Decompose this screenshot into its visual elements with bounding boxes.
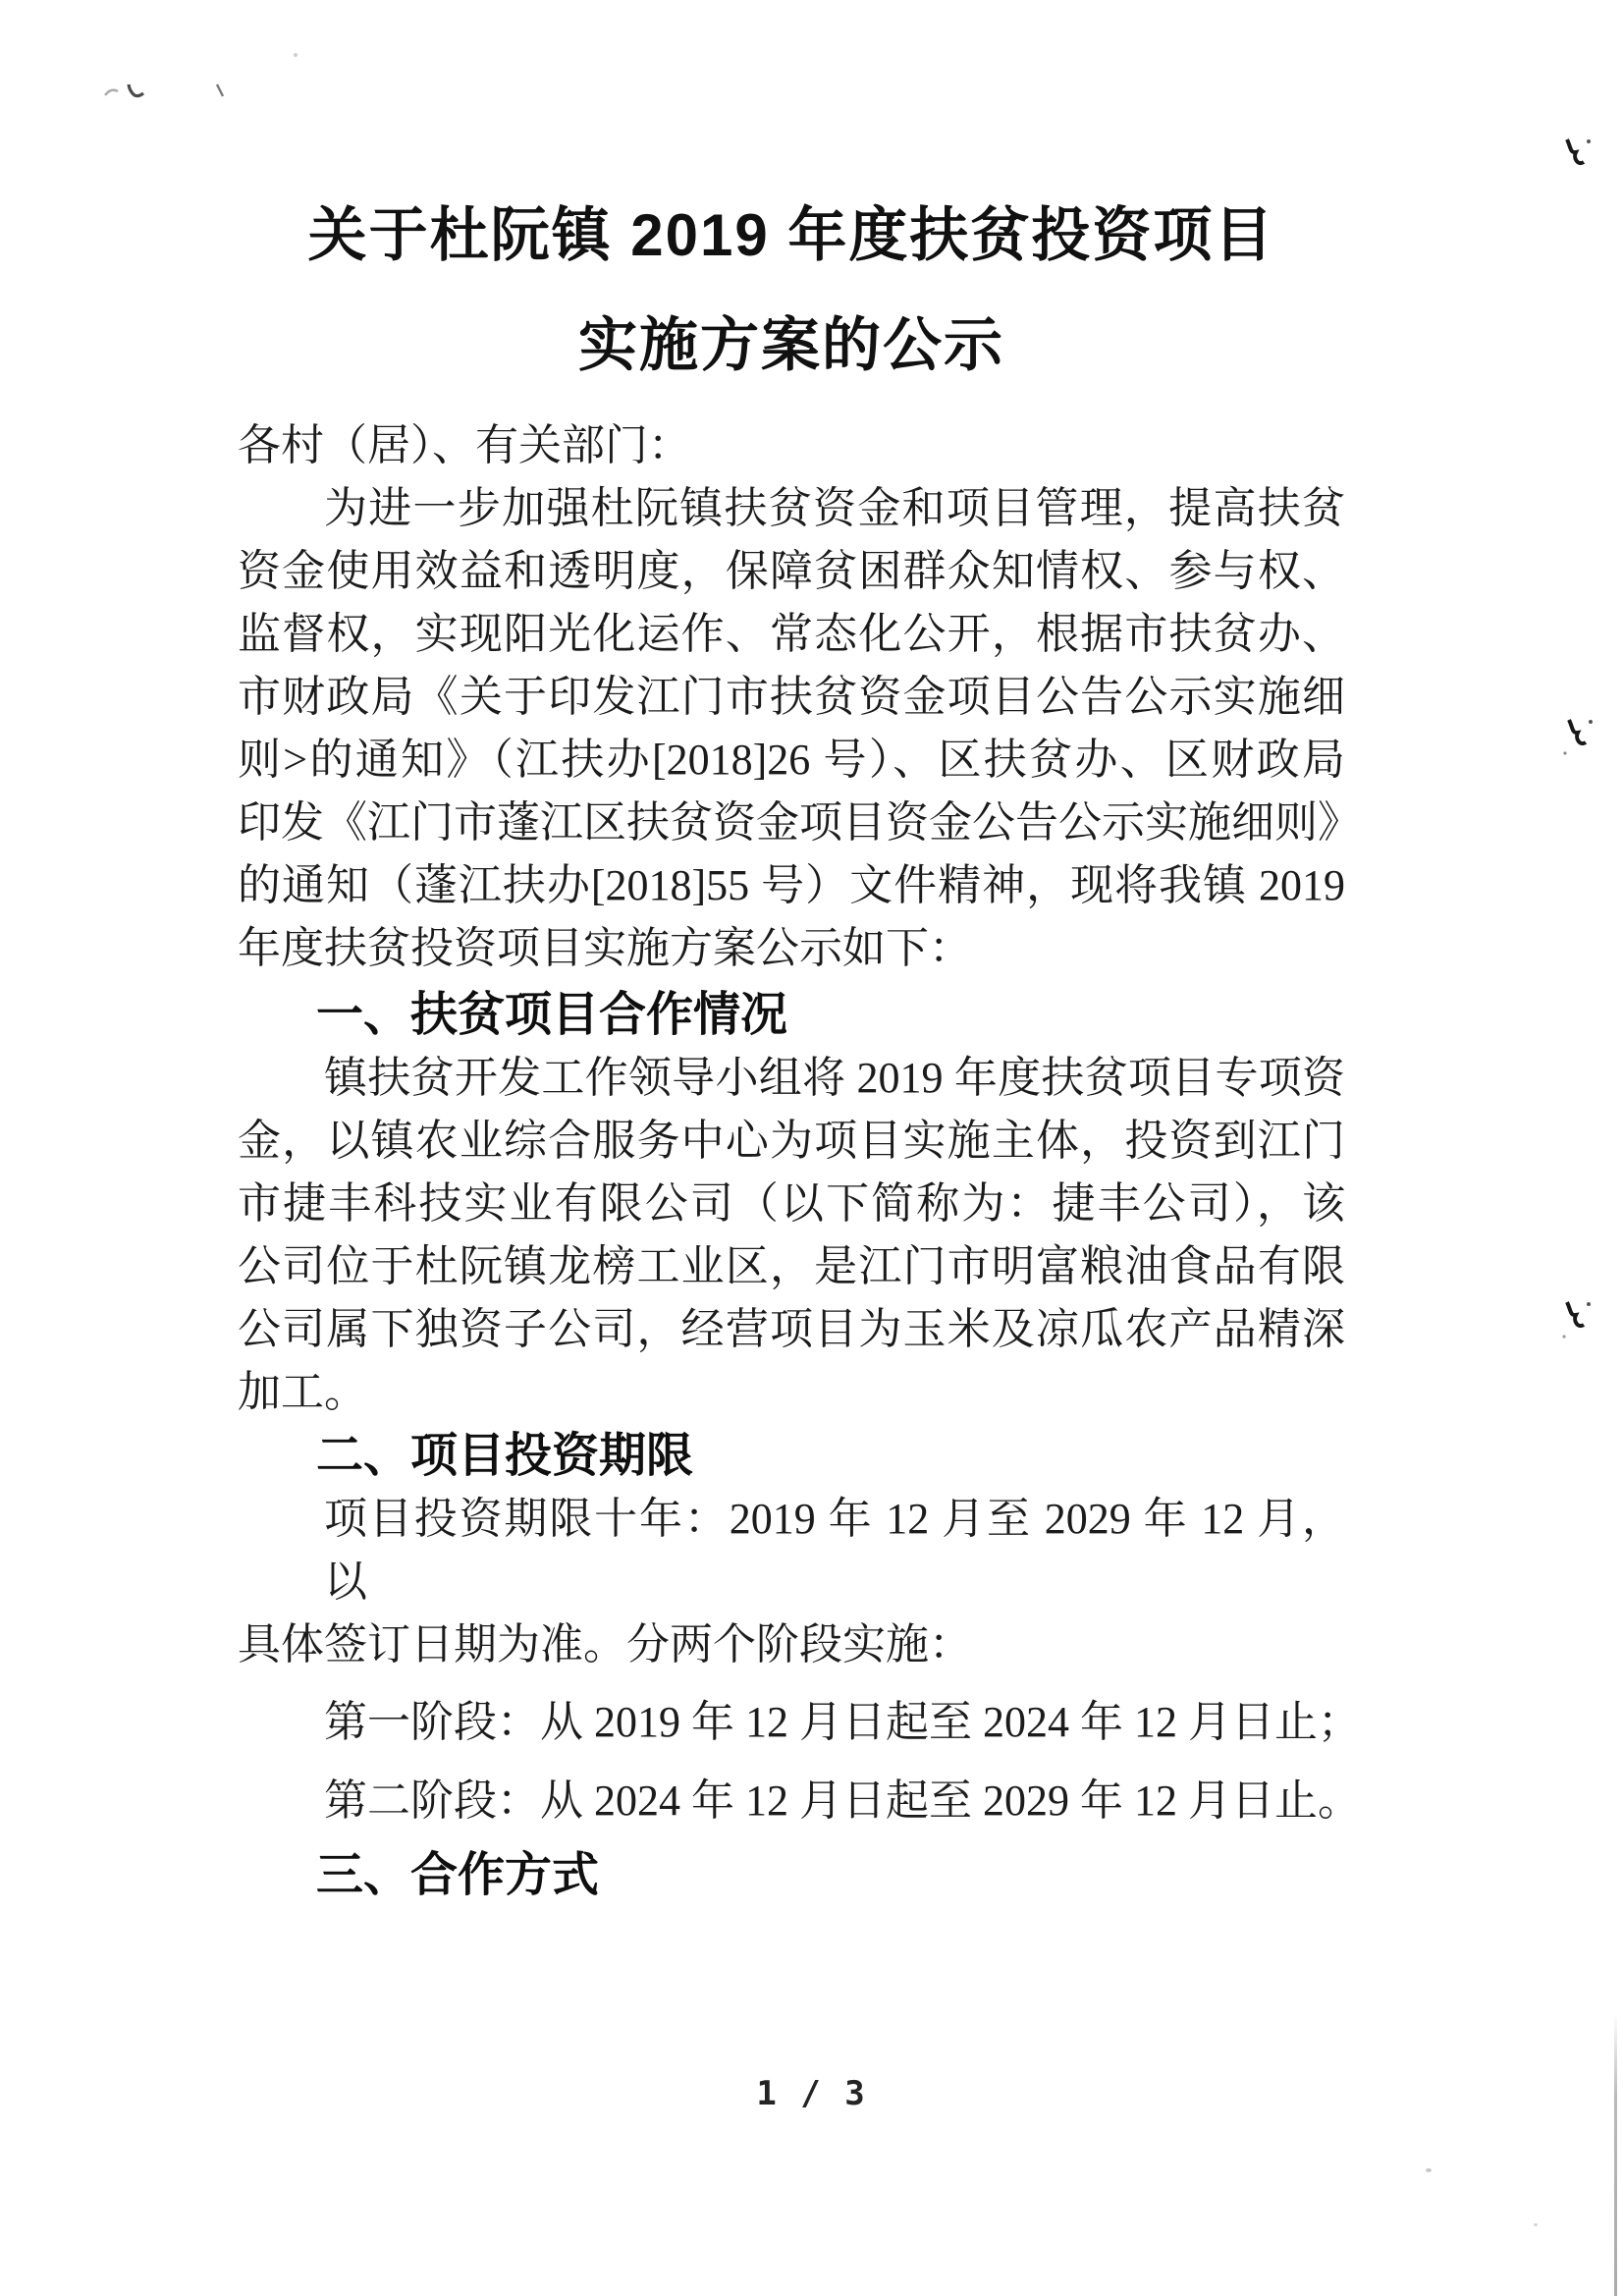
scan-mark-right-1 (1561, 136, 1596, 177)
text-line: 年度扶贫投资项目实施方案公示如下： (238, 917, 1345, 980)
text-line: 项目投资期限十年：2019 年 12 月至 2029 年 12 月，以 (238, 1488, 1345, 1613)
scan-edge-shadow (1614, 2013, 1617, 2296)
page-number: 1 / 3 (0, 2074, 1623, 2113)
section-2-body: 项目投资期限十年：2019 年 12 月至 2029 年 12 月，以 具体签订… (238, 1488, 1345, 1676)
text-line: 则>的通知》（江扶办[2018]26 号）、区扶贫办、区财政局 (238, 729, 1345, 792)
text-line: 公司位于杜阮镇龙榜工业区，是江门市明富粮油食品有限 (238, 1235, 1345, 1298)
section-1-heading: 一、扶贫项目合作情况 (238, 984, 1345, 1047)
text-line: 监督权，实现阳光化运作、常态化公开，根据市扶贫办、 (238, 603, 1345, 666)
text-line: 镇扶贫开发工作领导小组将 2019 年度扶贫项目专项资 (238, 1047, 1345, 1110)
text-line: 加工。 (238, 1361, 1345, 1424)
document-page: 关于杜阮镇 2019 年度扶贫投资项目 实施方案的公示 各村（居）、有关部门： … (0, 0, 1623, 2296)
section-3-heading: 三、合作方式 (238, 1844, 1345, 1907)
section-1-body: 镇扶贫开发工作领导小组将 2019 年度扶贫项目专项资 金，以镇农业综合服务中心… (238, 1047, 1345, 1424)
text-line: 资金使用效益和透明度，保障贫困群众知情权、参与权、 (238, 540, 1345, 603)
text-line: 具体签订日期为准。分两个阶段实施： (238, 1613, 1345, 1676)
section-2-heading: 二、项目投资期限 (238, 1425, 1345, 1488)
scan-speck (1534, 2223, 1538, 2226)
text-line: 市捷丰科技实业有限公司（以下简称为：捷丰公司），该 (238, 1173, 1345, 1235)
scan-speck-top-left-2 (212, 81, 230, 100)
text-line: 金，以镇农业综合服务中心为项目实施主体，投资到江门 (238, 1110, 1345, 1173)
doc-title-line1: 关于杜阮镇 2019 年度扶贫投资项目 (238, 181, 1345, 291)
document-body: 关于杜阮镇 2019 年度扶贫投资项目 实施方案的公示 各村（居）、有关部门： … (238, 181, 1345, 1907)
stage-1-line: 第一阶段：从 2019 年 12 月日起至 2024 年 12 月日止； (238, 1691, 1345, 1754)
scan-mark-right-2 (1563, 716, 1598, 757)
scan-speck (294, 53, 298, 57)
text-line: 的通知（蓬江扶办[2018]55 号）文件精神，现将我镇 2019 (238, 854, 1345, 917)
text-line: 印发《江门市蓬江区扶贫资金项目资金公告公示实施细则》 (238, 792, 1345, 854)
scan-mark-right-3 (1561, 1298, 1596, 1339)
scan-speck-top-left (101, 79, 148, 106)
salutation: 各村（居）、有关部门： (238, 414, 1345, 477)
intro-paragraph: 为进一步加强杜阮镇扶贫资金和项目管理，提高扶贫 资金使用效益和透明度，保障贫困群… (238, 477, 1345, 980)
doc-title-line2: 实施方案的公示 (238, 291, 1345, 401)
text-line: 为进一步加强杜阮镇扶贫资金和项目管理，提高扶贫 (238, 477, 1345, 540)
scan-speck (1426, 2168, 1432, 2172)
stage-2-line: 第二阶段：从 2024 年 12 月日起至 2029 年 12 月日止。 (238, 1770, 1345, 1832)
text-line: 市财政局《关于印发江门市扶贫资金项目公告公示实施细 (238, 666, 1345, 729)
text-line: 公司属下独资子公司，经营项目为玉米及凉瓜农产品精深 (238, 1298, 1345, 1361)
